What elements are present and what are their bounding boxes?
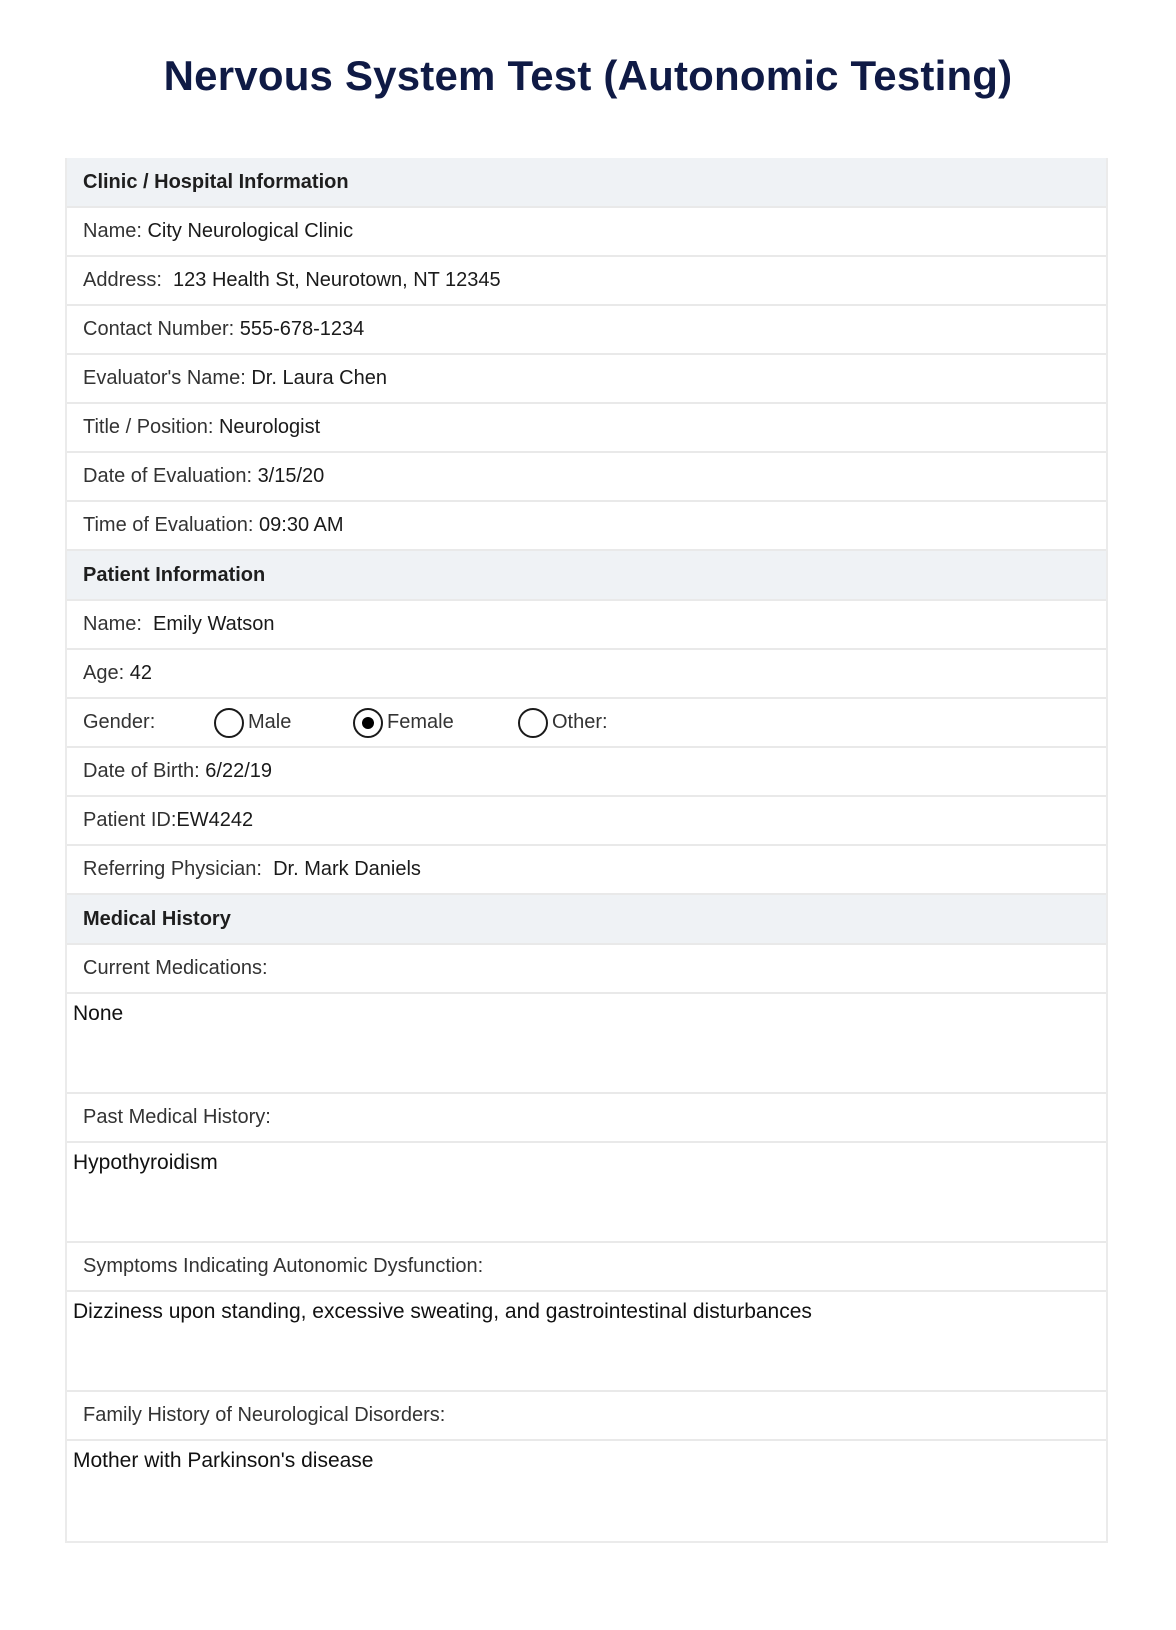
patient-dob-value[interactable]: 6/22/19 [205,760,272,783]
radio-unchecked-icon[interactable] [214,708,244,738]
field-label: Name: [83,220,142,243]
gender-radio-group: Male Female Other: [214,708,608,738]
evaluator-title-row[interactable]: Title / Position: Neurologist [67,404,1106,453]
gender-option-male[interactable]: Male [214,708,353,738]
patient-name-value[interactable]: Emily Watson [147,613,274,636]
page-title: Nervous System Test (Autonomic Testing) [0,52,1176,100]
field-label: Name: [83,613,142,636]
radio-unchecked-icon[interactable] [518,708,548,738]
form-table: Clinic / Hospital Information Name: City… [65,158,1108,1543]
clinic-name-value[interactable]: City Neurological Clinic [147,220,353,243]
referring-physician-row[interactable]: Referring Physician: Dr. Mark Daniels [67,846,1106,895]
field-label: Patient ID: [83,809,176,832]
patient-gender-row: Gender: Male Female Other: [67,699,1106,748]
clinic-address-row[interactable]: Address: 123 Health St, Neurotown, NT 12… [67,257,1106,306]
symptoms-label-row: Symptoms Indicating Autonomic Dysfunctio… [67,1243,1106,1292]
evaluator-title-value[interactable]: Neurologist [219,416,320,439]
field-label: Past Medical History: [83,1106,271,1129]
patient-id-row[interactable]: Patient ID:EW4242 [67,797,1106,846]
field-label: Gender: [83,711,214,734]
radio-label: Female [387,711,454,734]
field-label: Family History of Neurological Disorders… [83,1404,445,1427]
radio-label: Male [248,711,291,734]
field-label: Contact Number: [83,318,234,341]
clinic-contact-row[interactable]: Contact Number: 555-678-1234 [67,306,1106,355]
field-label: Evaluator's Name: [83,367,246,390]
radio-dot-icon [362,717,374,729]
evaluator-name-value[interactable]: Dr. Laura Chen [251,367,387,390]
field-label: Date of Evaluation: [83,465,252,488]
evaluation-time-row[interactable]: Time of Evaluation: 09:30 AM [67,502,1106,551]
past-medical-history-answer[interactable]: Hypothyroidism [67,1143,1106,1243]
evaluation-time-value[interactable]: 09:30 AM [259,514,344,537]
section-title: Clinic / Hospital Information [83,171,349,194]
field-label: Symptoms Indicating Autonomic Dysfunctio… [83,1255,483,1278]
field-label: Age: [83,662,124,685]
section-header-clinic: Clinic / Hospital Information [67,158,1106,208]
radio-checked-icon[interactable] [353,708,383,738]
gender-option-other[interactable]: Other: [518,708,608,738]
field-label: Title / Position: [83,416,213,439]
field-label: Time of Evaluation: [83,514,253,537]
gender-option-female[interactable]: Female [353,708,518,738]
field-label: Current Medications: [83,957,268,980]
patient-name-row[interactable]: Name: Emily Watson [67,601,1106,650]
symptoms-answer[interactable]: Dizziness upon standing, excessive sweat… [67,1292,1106,1392]
section-header-medical-history: Medical History [67,895,1106,945]
clinic-contact-value[interactable]: 555-678-1234 [240,318,365,341]
section-title: Medical History [83,908,231,931]
field-label: Referring Physician: [83,858,262,881]
current-medications-answer[interactable]: None [67,994,1106,1094]
past-medical-history-label-row: Past Medical History: [67,1094,1106,1143]
patient-age-row[interactable]: Age: 42 [67,650,1106,699]
patient-id-value[interactable]: EW4242 [176,809,253,832]
clinic-address-value[interactable]: 123 Health St, Neurotown, NT 12345 [168,269,501,292]
radio-label: Other: [552,711,608,734]
section-title: Patient Information [83,564,265,587]
patient-age-value[interactable]: 42 [130,662,152,685]
referring-physician-value[interactable]: Dr. Mark Daniels [268,858,421,881]
evaluator-name-row[interactable]: Evaluator's Name: Dr. Laura Chen [67,355,1106,404]
evaluation-date-value[interactable]: 3/15/20 [258,465,325,488]
section-header-patient: Patient Information [67,551,1106,601]
family-history-answer[interactable]: Mother with Parkinson's disease [67,1441,1106,1541]
patient-dob-row[interactable]: Date of Birth: 6/22/19 [67,748,1106,797]
evaluation-date-row[interactable]: Date of Evaluation: 3/15/20 [67,453,1106,502]
field-label: Date of Birth: [83,760,200,783]
family-history-label-row: Family History of Neurological Disorders… [67,1392,1106,1441]
field-label: Address: [83,269,162,292]
current-medications-label-row: Current Medications: [67,945,1106,994]
clinic-name-row[interactable]: Name: City Neurological Clinic [67,208,1106,257]
